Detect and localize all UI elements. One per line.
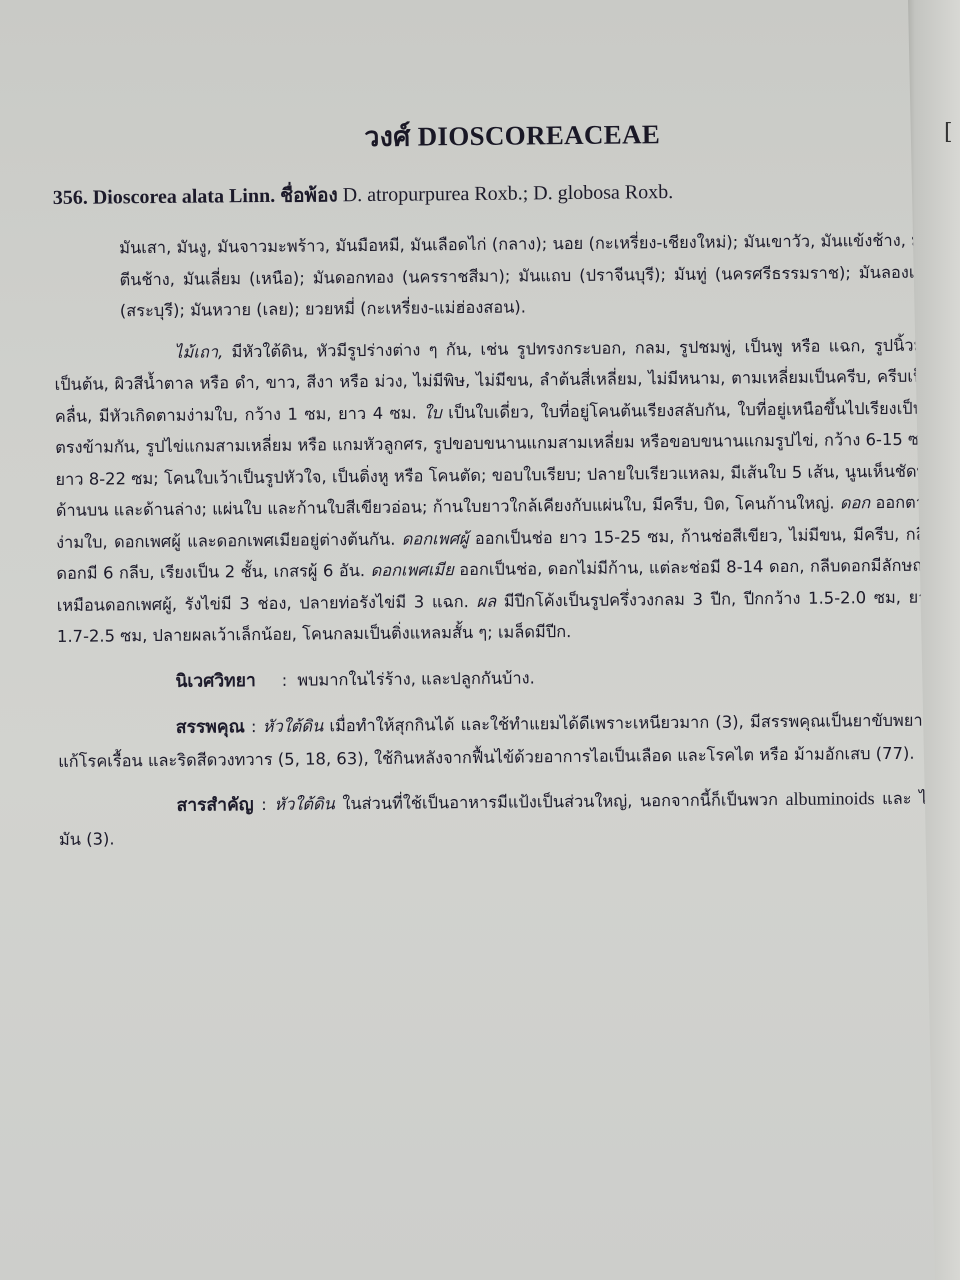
female-flower-label: ดอกเพศเมีย: [370, 560, 453, 580]
synonym-label: ชื่อพ้อง: [280, 184, 338, 207]
book-page: วงศ์ DIOSCOREACEAE 356. Dioscorea alata …: [0, 0, 935, 1280]
constituents-part: หัวใต้ดิน: [274, 794, 335, 814]
properties-label: สรรพคุณ: [176, 717, 245, 738]
properties-separator: :: [251, 717, 257, 736]
constituents-text-1: ในส่วนที่ใช้เป็นอาหารมีแป้งเป็นส่วนใหญ่,…: [335, 790, 786, 813]
habit-label: ไม้เถา,: [174, 342, 223, 361]
page-content: วงศ์ DIOSCOREACEAE 356. Dioscorea alata …: [52, 110, 939, 855]
properties-part: หัวใต้ดิน: [263, 716, 324, 736]
ecology-label: นิเวศวิทยา: [175, 671, 256, 692]
male-flower-label: ดอกเพศผู้: [402, 529, 469, 549]
common-names: มันเสา, มันงู, มันจาวมะพร้าว, มันมือหมี,…: [53, 225, 934, 328]
botanical-description: ไม้เถา, มีหัวใต้ดิน, หัวมีรูปร่างต่าง ๆ …: [54, 329, 937, 652]
species-number: 356.: [53, 187, 88, 209]
adjacent-page-fragment: [: [944, 120, 953, 145]
synonyms: D. atropurpurea Roxb.; D. globosa Roxb.: [343, 181, 674, 206]
ecology-section: นิเวศวิทยา:พบมากในไร่ร้าง, และปลูกกันบ้า…: [57, 658, 937, 699]
constituents-label: สารสำคัญ: [177, 795, 254, 816]
fruit-label: ผล: [476, 591, 496, 610]
flower-label: ดอก: [840, 493, 871, 512]
constituents-english-term: albuminoids: [785, 788, 874, 809]
leaf-label: ใบ: [423, 403, 442, 422]
constituents-section: สารสำคัญ : หัวใต้ดิน ในส่วนที่ใช้เป็นอาห…: [58, 783, 939, 855]
ecology-text: พบมากในไร่ร้าง, และปลูกกันบ้าง.: [297, 668, 535, 689]
family-title: วงศ์ DIOSCOREACEAE: [92, 110, 932, 161]
ecology-separator: :: [256, 670, 298, 689]
scientific-name: Dioscorea alata Linn.: [93, 185, 276, 209]
properties-section: สรรพคุณ : หัวใต้ดิน เมื่อทำให้สุกกินได้ …: [58, 705, 939, 777]
constituents-separator: :: [261, 795, 267, 814]
species-heading: 356. Dioscorea alata Linn. ชื่อพ้อง D. a…: [53, 175, 933, 213]
